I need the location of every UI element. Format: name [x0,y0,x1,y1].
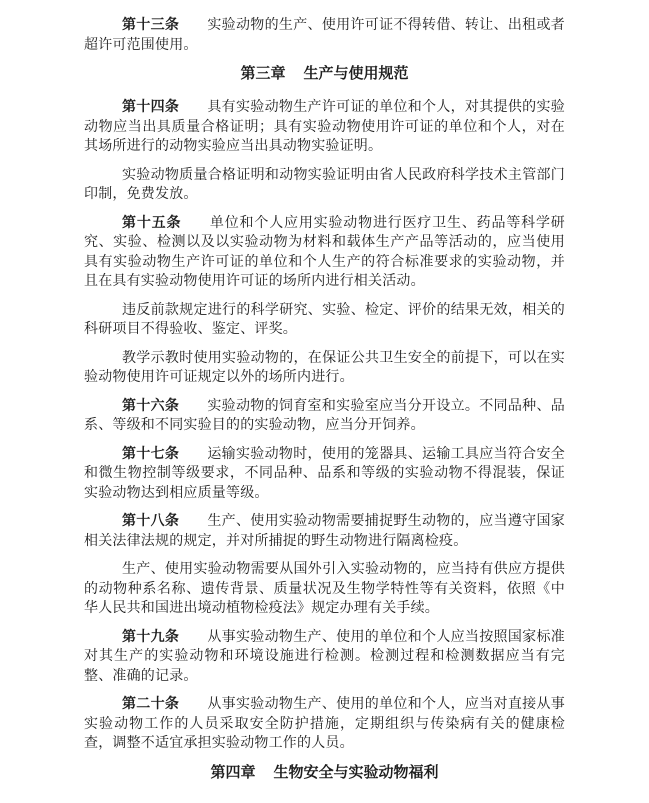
body-paragraph: 实验动物质量合格证明和动物实验证明由省人民政府科学技术主管部门印制，免费发放。 [84,166,565,205]
chapter-title: 生物安全与实验动物福利 [274,765,439,781]
document-page: 第十三条实验动物的生产、使用许可证不得转借、转让、出租或者超许可范围使用。第三章… [0,0,649,803]
article-number: 第十六条 [122,399,179,414]
article-paragraph: 第十四条具有实验动物生产许可证的单位和个人，对其提供的实验动物应当出具质量合格证… [84,98,565,157]
article-paragraph: 第二十条从事实验动物生产、使用的单位和个人，应当对直接从事实验动物工作的人员采取… [84,695,565,754]
body-paragraph: 教学示教时使用实验动物的，在保证公共卫生安全的前提下，可以在实验动物使用许可证规… [84,349,565,388]
paragraph-text: 违反前款规定进行的科学研究、实验、检定、评价的结果无效，相关的科研项目不得验收、… [84,303,565,338]
paragraph-text: 实验动物质量合格证明和动物实验证明由省人民政府科学技术主管部门印制，免费发放。 [84,168,565,203]
article-number: 第十七条 [122,447,179,462]
chapter-heading: 第三章生产与使用规范 [84,64,565,84]
article-paragraph: 第十五条单位和个人应用实验动物进行医疗卫生、药品等科学研究、实验、检测以及以实验… [84,214,565,292]
paragraph-text: 教学示教时使用实验动物的，在保证公共卫生安全的前提下，可以在实验动物使用许可证规… [84,351,565,386]
article-paragraph: 第十七条运输实验动物时，使用的笼器具、运输工具应当符合安全和微生物控制等级要求，… [84,445,565,504]
chapter-heading: 第四章生物安全与实验动物福利 [84,763,565,783]
article-number: 第十四条 [122,100,179,115]
chapter-title: 生产与使用规范 [304,66,409,82]
article-paragraph: 第十九条从事实验动物生产、使用的单位和个人应当按照国家标准对其生产的实验动物和环… [84,628,565,687]
chapter-number: 第四章 [210,765,255,781]
article-paragraph: 第十三条实验动物的生产、使用许可证不得转借、转让、出租或者超许可范围使用。 [84,16,565,55]
article-number: 第十八条 [122,514,179,529]
body-paragraph: 生产、使用实验动物需要从国外引入实验动物的，应当持有供应方提供的动物种系名称、遗… [84,560,565,619]
article-paragraph: 第十八条生产、使用实验动物需要捕捉野生动物的，应当遵守国家相关法律法规的规定，并… [84,512,565,551]
article-number: 第二十条 [122,697,179,712]
article-number: 第十九条 [122,630,179,645]
article-number: 第十三条 [122,18,179,33]
article-number: 第十五条 [122,216,181,231]
chapter-number: 第三章 [240,66,285,82]
article-paragraph: 第十六条实验动物的饲育室和实验室应当分开设立。不同品种、品系、等级和不同实验目的… [84,397,565,436]
body-paragraph: 违反前款规定进行的科学研究、实验、检定、评价的结果无效，相关的科研项目不得验收、… [84,301,565,340]
paragraph-text: 生产、使用实验动物需要从国外引入实验动物的，应当持有供应方提供的动物种系名称、遗… [84,562,565,616]
